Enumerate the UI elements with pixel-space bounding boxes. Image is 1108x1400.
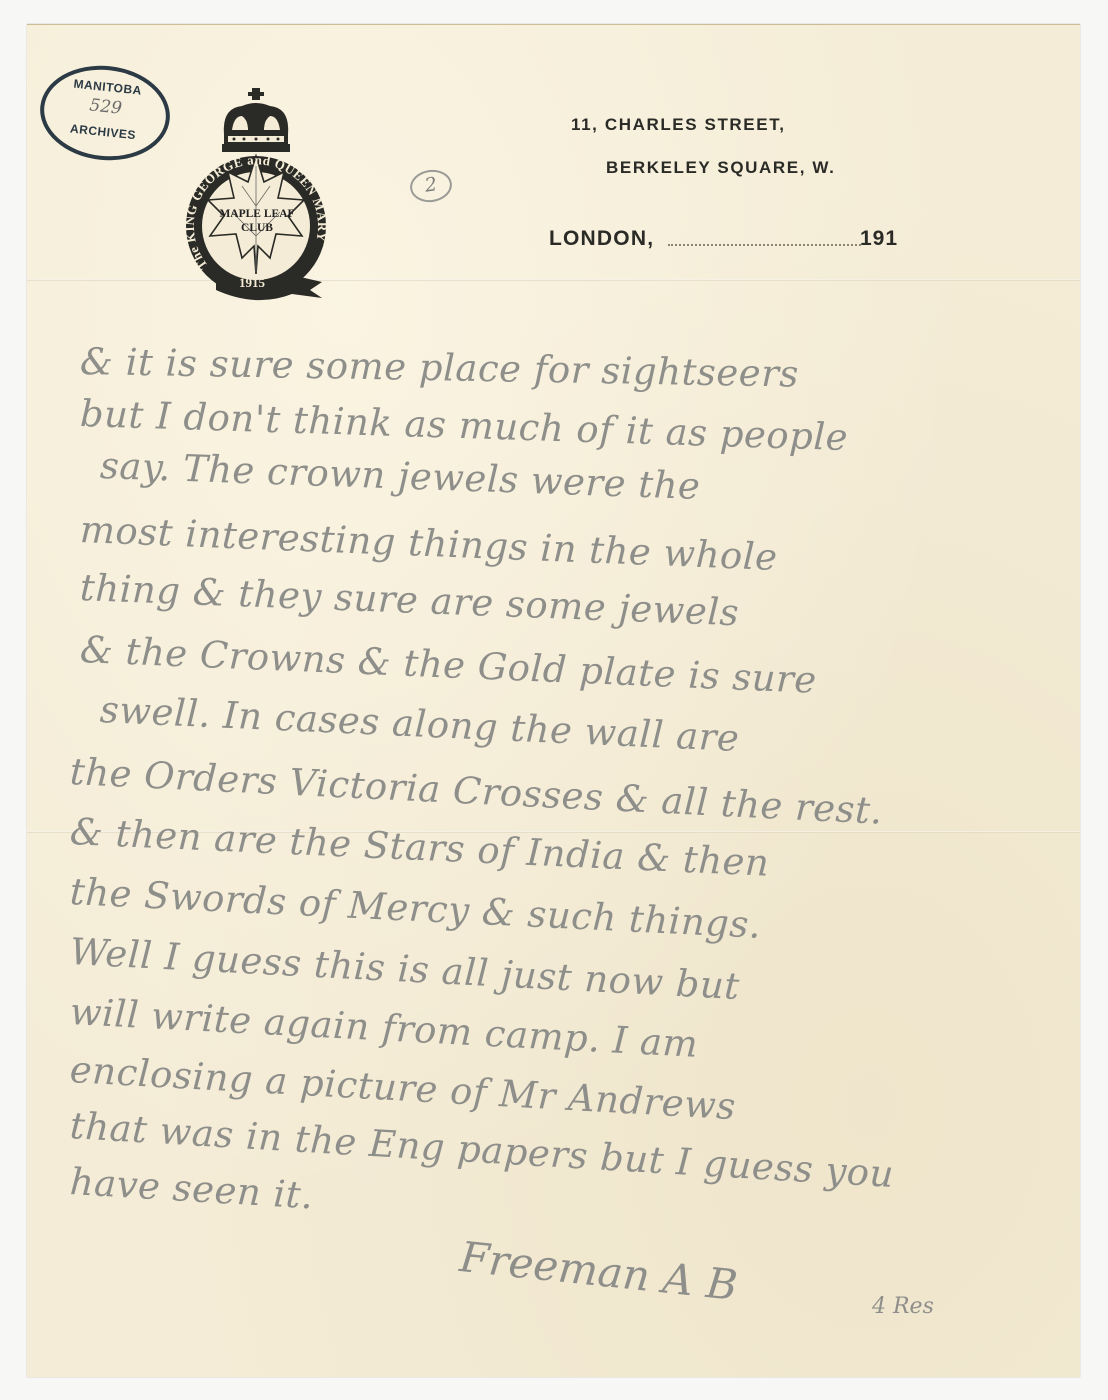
signature-unit: 4 Res [872, 1294, 934, 1319]
crown-icon: The KING GEORGE and QUEEN MARY [172, 86, 342, 301]
crest-subtitle: CLUB [172, 222, 342, 234]
letterhead-square: BERKELEY SQUARE, W. [606, 158, 835, 178]
letterhead-year-prefix: 191 [860, 227, 898, 251]
letterhead-street: 11, CHARLES STREET, [571, 115, 786, 135]
crest-year: 1915 [162, 275, 342, 291]
crest-title: MAPLE LEAF [172, 208, 342, 220]
maple-leaf-club-crest: The KING GEORGE and QUEEN MARY MAPLE LEA… [172, 86, 342, 301]
date-blank-line [668, 244, 861, 246]
letterhead-city: LONDON, [549, 227, 654, 251]
stamp-bottom-text: ARCHIVES [42, 119, 165, 146]
